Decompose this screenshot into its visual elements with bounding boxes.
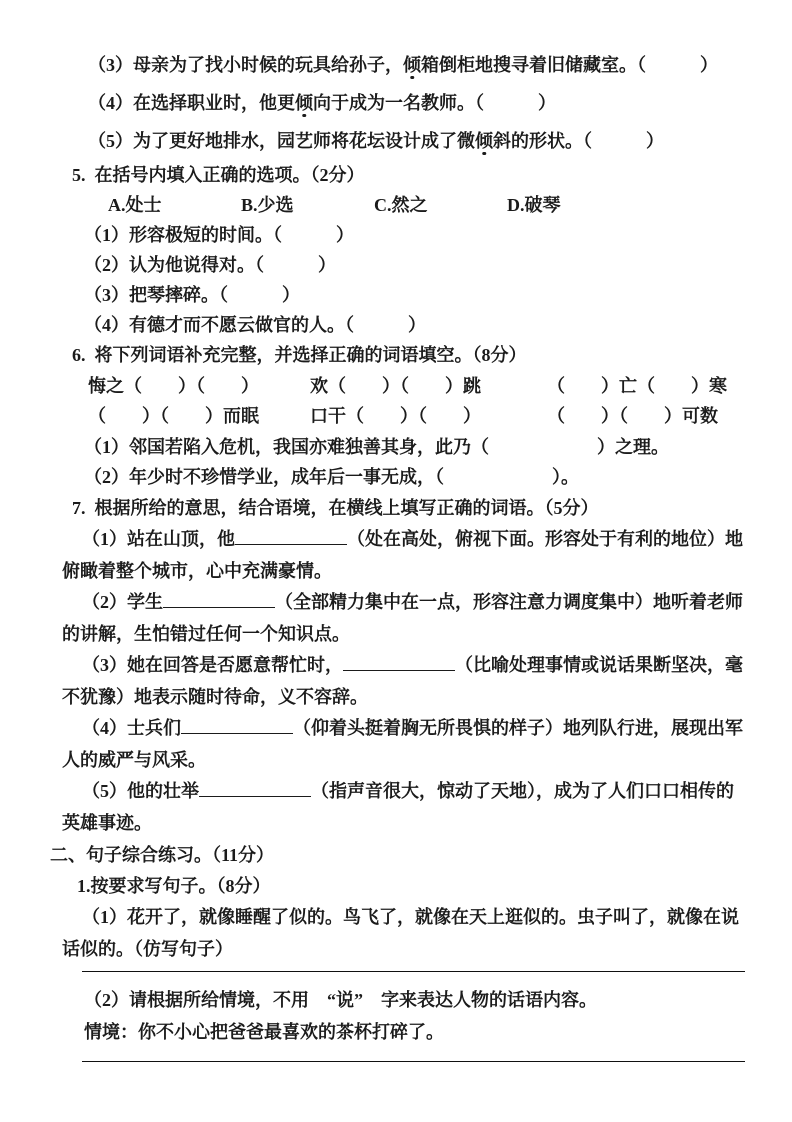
sentence-text: （5）他的壮举 [82, 781, 199, 801]
answer-line [82, 1061, 745, 1062]
answer-bracket: （ ） [475, 93, 556, 113]
answer-bracket: （ ） [583, 131, 664, 151]
answer-bracket: （ ） [637, 55, 718, 75]
idiom-blank: 口干（ ）（ ） [310, 401, 547, 432]
q4-item-4: （4）在选择职业时，他更倾向于成为一名教师。（ ） [62, 84, 745, 122]
q7-item-2: （2）学生（全部精力集中在一点，形容注意力调度集中）地听着老师的讲解，生怕错过任… [62, 587, 745, 650]
q5-item-2: （2）认为他说得对。（ ） [62, 250, 745, 280]
idiom-row-2: （ ）（ ）而眠口干（ ）（ ）（ ）（ ）可数 [62, 401, 745, 432]
sentence-text: （2）学生 [82, 592, 163, 612]
option-c: C.然之 [374, 190, 507, 220]
question-4-items: （3）母亲为了找小时候的玩具给孙子，倾箱倒柜地搜寻着旧储藏室。（ ） （4）在选… [62, 46, 745, 160]
question-5-heading: 5. 在括号内填入正确的选项。（2分） [62, 160, 745, 190]
question-7-heading: 7. 根据所给的意思，结合语境，在横线上填写正确的词语。（5分） [62, 493, 745, 525]
sentence-text: 箱倒柜地搜寻着旧储藏室。 [421, 55, 637, 75]
idiom-row-1: 悔之（ ）（ ）欢（ ）（ ）跳（ ）亡（ ）寒 [62, 371, 745, 402]
q6-item-2: （2）年少时不珍惜学业，成年后一事无成，（ ）。 [62, 462, 745, 493]
q7-item-4: （4）士兵们（仰着头挺着胸无所畏惧的样子）地列队行进，展现出军人的威严与风采。 [62, 713, 745, 776]
sentence-text: 向于成为一名教师。 [313, 93, 475, 113]
q7-item-1: （1）站在山顶，他（处在高处，俯视下面。形容处于有利的地位）地俯瞰着整个城市，心… [62, 524, 745, 587]
section-2: 二、句子综合练习。（11分） 1.按要求写句子。（8分） （1）花开了，就像睡醒… [62, 839, 745, 1062]
answer-blank [199, 794, 311, 797]
emphasized-char: 倾 [475, 131, 493, 151]
emphasized-char: 倾 [403, 55, 421, 75]
q4-item-3: （3）母亲为了找小时候的玩具给孙子，倾箱倒柜地搜寻着旧储藏室。（ ） [62, 46, 745, 84]
q5-item-1: （1）形容极短的时间。（ ） [62, 220, 745, 250]
idiom-blank: （ ）（ ）而眠 [88, 401, 310, 432]
q5-item-4: （4）有德才而不愿云做官的人。（ ） [62, 310, 745, 340]
question-7: 7. 根据所给的意思，结合语境，在横线上填写正确的词语。（5分） （1）站在山顶… [62, 493, 745, 840]
q7-item-3: （3）她在回答是否愿意帮忙时，（比喻处理事情或说话果断坚决，毫不犹豫）地表示随时… [62, 650, 745, 713]
option-a: A.处士 [108, 190, 241, 220]
sentence-text: 斜的形状。 [493, 131, 583, 151]
option-b: B.少选 [241, 190, 374, 220]
question-5-options: A.处士B.少选C.然之D.破琴 [108, 190, 745, 220]
answer-blank [235, 542, 347, 545]
idiom-blank: （ ）亡（ ）寒 [547, 371, 745, 402]
answer-blank [181, 731, 293, 734]
option-d: D.破琴 [507, 190, 640, 220]
q4-item-5: （5）为了更好地排水，园艺师将花坛设计成了微倾斜的形状。（ ） [62, 122, 745, 160]
sec2-item-2: （2）请根据所给情境，不用 “说” 字来表达人物的话语内容。 [62, 984, 745, 1016]
question-5: 5. 在括号内填入正确的选项。（2分） A.处士B.少选C.然之D.破琴 （1）… [62, 160, 745, 340]
sentence-text: （4）士兵们 [82, 718, 181, 738]
sentence-text: （1）站在山顶，他 [82, 529, 235, 549]
answer-blank [163, 605, 275, 608]
question-6: 6. 将下列词语补充完整，并选择正确的词语填空。（8分） 悔之（ ）（ ）欢（ … [62, 340, 745, 493]
idiom-blank: 欢（ ）（ ）跳 [310, 371, 547, 402]
sec2-situation: 情境：你不小心把爸爸最喜欢的茶杯打碎了。 [62, 1016, 745, 1048]
emphasized-char: 倾 [295, 93, 313, 113]
sentence-text: （4）在选择职业时，他更 [88, 93, 295, 113]
idiom-blank: （ ）（ ）可数 [547, 401, 745, 432]
idiom-blank: 悔之（ ）（ ） [88, 371, 310, 402]
answer-line [82, 971, 745, 972]
exam-page: （3）母亲为了找小时候的玩具给孙子，倾箱倒柜地搜寻着旧储藏室。（ ） （4）在选… [0, 0, 792, 1122]
answer-blank [343, 668, 455, 671]
q7-item-5: （5）他的壮举（指声音很大，惊动了天地），成为了人们口口相传的英雄事迹。 [62, 776, 745, 839]
sentence-text: （3）母亲为了找小时候的玩具给孙子， [88, 55, 403, 75]
section-2-heading: 二、句子综合练习。（11分） [50, 839, 745, 871]
section-2-sub-1: 1.按要求写句子。（8分） [62, 871, 745, 901]
definition-text: （全部精力集中在一点，形容注意力调度集中）地听着老师的讲解，生怕错过任何一个知识… [62, 592, 743, 644]
sentence-text: （3）她在回答是否愿意帮忙时， [82, 655, 343, 675]
q5-item-3: （3）把琴摔碎。（ ） [62, 280, 745, 310]
question-6-heading: 6. 将下列词语补充完整，并选择正确的词语填空。（8分） [62, 340, 745, 371]
q6-item-1: （1）邻国若陷入危机，我国亦难独善其身，此乃（ ）之理。 [62, 432, 745, 463]
sec2-item-1: （1）花开了，就像睡醒了似的。鸟飞了，就像在天上逛似的。虫子叫了，就像在说话似的… [62, 901, 745, 965]
sentence-text: （5）为了更好地排水，园艺师将花坛设计成了微 [88, 131, 475, 151]
